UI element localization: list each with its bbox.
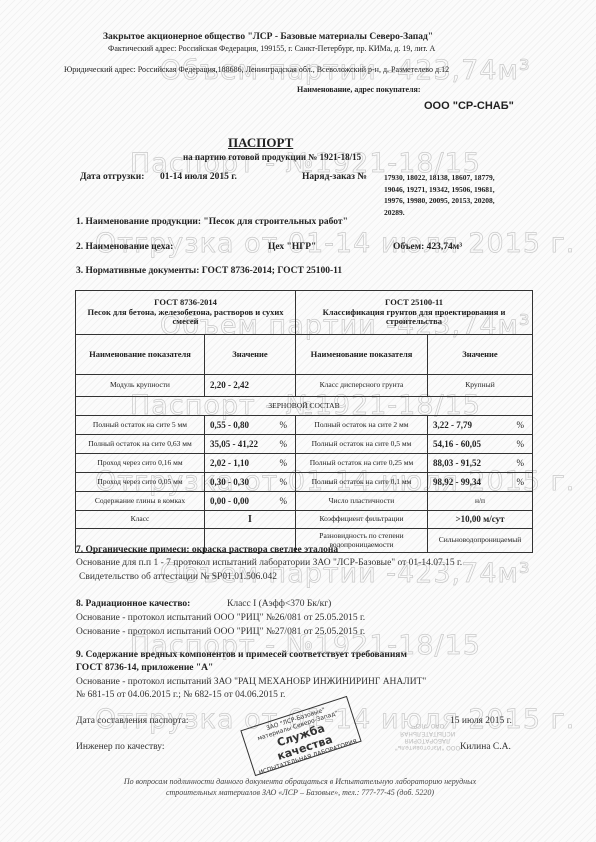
section-2-volume: Объем: 423,74м³: [393, 242, 462, 252]
right-indicator-value: 3,22 - 7,79%: [428, 416, 533, 435]
section-2-label: 2. Наименование цеха:: [76, 242, 173, 252]
grain-row: Содержание глины в комках0,00 - 0,00%Чис…: [76, 492, 533, 511]
section-8-label: 8. Радиационное качество:: [76, 599, 190, 609]
order-numbers: 17930, 18022, 18138, 18607, 18779, 19046…: [384, 172, 495, 218]
section-9-protocols: № 681-15 от 04.06.2015 г.; № 682-15 от 0…: [76, 690, 285, 700]
left-indicator-name: Полный остаток на сите 5 мм: [76, 416, 205, 435]
legal-address: Юридический адрес: Российская Федерация,…: [64, 65, 449, 74]
section-9-basis: Основание - протокол испытаний ЗАО "РАЦ …: [76, 677, 426, 687]
buyer-name: ООО "СР-СНАБ": [424, 100, 514, 112]
modulus-value: 2,20 - 2,42: [205, 375, 296, 397]
grain-row: Полный остаток на сите 0,63 мм35,05 - 41…: [76, 435, 533, 454]
shipment-date-label: Дата отгрузки:: [80, 172, 144, 182]
left-indicator-name: Полный остаток на сите 0,63 мм: [76, 435, 205, 454]
col-value-left: Значение: [205, 335, 296, 375]
filtration-label: Коэффициент фильтрации: [296, 511, 428, 529]
shipment-date-value: 01-14 июля 2015 г.: [160, 172, 237, 182]
right-indicator-name: Полный остаток на сите 0,1 мм: [296, 473, 428, 492]
unit-label: %: [280, 477, 294, 487]
left-indicator-name: Проход через сито 0,05 мм: [76, 473, 205, 492]
soil-class-label: Класс дисперсного грунта: [296, 375, 428, 397]
left-indicator-name: Содержание глины в комках: [76, 492, 205, 511]
left-indicator-value: 0,30 - 0,30%: [205, 473, 296, 492]
section-7-certificate: Свидетельство об аттестации № SP01.01.50…: [79, 572, 277, 582]
right-indicator-name: Полный остаток на сите 0,5 мм: [296, 435, 428, 454]
right-indicator-name: Число пластичности: [296, 492, 428, 511]
right-standard-header: ГОСТ 25100-11 Классификация грунтов для …: [296, 291, 533, 335]
left-indicator-value: 0,55 - 0,80%: [205, 416, 296, 435]
unit-label: %: [517, 458, 531, 468]
left-indicator-name: Проход через сито 0,16 мм: [76, 454, 205, 473]
left-indicator-value: 35,05 - 41,22%: [205, 435, 296, 454]
section-9-line-2: ГОСТ 8736-14, приложение "А": [76, 663, 213, 673]
section-8-basis-2: Основание - протокол испытаний ООО "РИЦ"…: [76, 627, 365, 637]
quality-table: ГОСТ 8736-2014 Песок для бетона, железоб…: [75, 290, 533, 553]
document-subtitle: на партию готовой продукции № 1921-18/15: [183, 152, 361, 162]
right-indicator-value: н/п: [428, 492, 533, 511]
filtration-value: >10,00 м/сут: [428, 511, 533, 529]
grain-row: Проход через сито 0,16 мм2,02 - 1,10%Пол…: [76, 454, 533, 473]
class-value: I: [205, 511, 296, 529]
grain-row: Проход через сито 0,05 мм0,30 - 0,30%Пол…: [76, 473, 533, 492]
right-indicator-name: Полный остаток на сите 0,25 мм: [296, 454, 428, 473]
section-1-product: 1. Наименование продукции: "Песок для ст…: [76, 217, 348, 227]
unit-label: %: [517, 477, 531, 487]
modulus-label: Модуль крупности: [76, 375, 205, 397]
col-value-right: Значение: [428, 335, 533, 375]
document-title: ПАСПОРТ: [228, 135, 293, 151]
engineer-label: Инженер по качеству:: [76, 742, 165, 752]
section-8-value: Класс I (Аэфф<370 Бк/кг): [227, 599, 331, 609]
order-label: Наряд-заказ №: [302, 172, 367, 182]
engineer-name: Килина С.А.: [460, 742, 511, 752]
class-label: Класс: [76, 511, 205, 529]
section-8-basis-1: Основание - протокол испытаний ООО "РИЦ"…: [76, 613, 365, 623]
unit-label: %: [280, 458, 294, 468]
right-indicator-value: 98,92 - 99,34%: [428, 473, 533, 492]
unit-label: %: [517, 420, 531, 430]
unit-label: %: [280, 496, 294, 506]
section-3-standards: 3. Нормативные документы: ГОСТ 8736-2014…: [76, 266, 342, 276]
unit-label: %: [280, 420, 294, 430]
soil-class-value: Крупный: [428, 375, 533, 397]
section-9-line-1: 9. Содержание вредных компонентов и прим…: [76, 650, 407, 660]
permeability-value: Сильноводопроницаемый: [428, 529, 533, 553]
unit-label: %: [280, 439, 294, 449]
quality-service-stamp: ЗАО "ЛСР-Базовые" материалы Северо-Запад…: [240, 696, 361, 776]
faint-stamp: ООО "Изготовитель" ЛАБОРАТОРИЯ ИСПЫТАТЕЛ…: [395, 722, 460, 751]
unit-label: %: [517, 439, 531, 449]
left-standard-header: ГОСТ 8736-2014 Песок для бетона, железоб…: [76, 291, 296, 335]
right-indicator-value: 88,03 - 91,52%: [428, 454, 533, 473]
col-name-left: Наименование показателя: [76, 335, 205, 375]
right-indicator-value: 54,16 - 60,05%: [428, 435, 533, 454]
company-name: Закрытое акционерное общество "ЛСР - Баз…: [103, 32, 433, 42]
section-2-value: Цех "НГР": [268, 242, 316, 252]
passport-date-label: Дата составления паспорта:: [76, 716, 189, 726]
authenticity-note: По вопросам подлинности данного документ…: [100, 776, 500, 798]
right-indicator-name: Полный остаток на сите 2 мм: [296, 416, 428, 435]
section-7-basis: Основание для п.п 1 - 7 протокол испытан…: [76, 558, 462, 568]
actual-address: Фактический адрес: Российская Федерация,…: [108, 44, 435, 53]
left-indicator-value: 2,02 - 1,10%: [205, 454, 296, 473]
grain-row: Полный остаток на сите 5 мм0,55 - 0,80%П…: [76, 416, 533, 435]
buyer-label: Наименование, адрес покупателя:: [297, 85, 421, 94]
section-7-title: 7. Органические примеси: окраска раствор…: [76, 545, 338, 555]
col-name-right: Наименование показателя: [296, 335, 428, 375]
grain-composition-header: ЗЕРНОВОЙ СОСТАВ: [76, 397, 533, 416]
left-indicator-value: 0,00 - 0,00%: [205, 492, 296, 511]
